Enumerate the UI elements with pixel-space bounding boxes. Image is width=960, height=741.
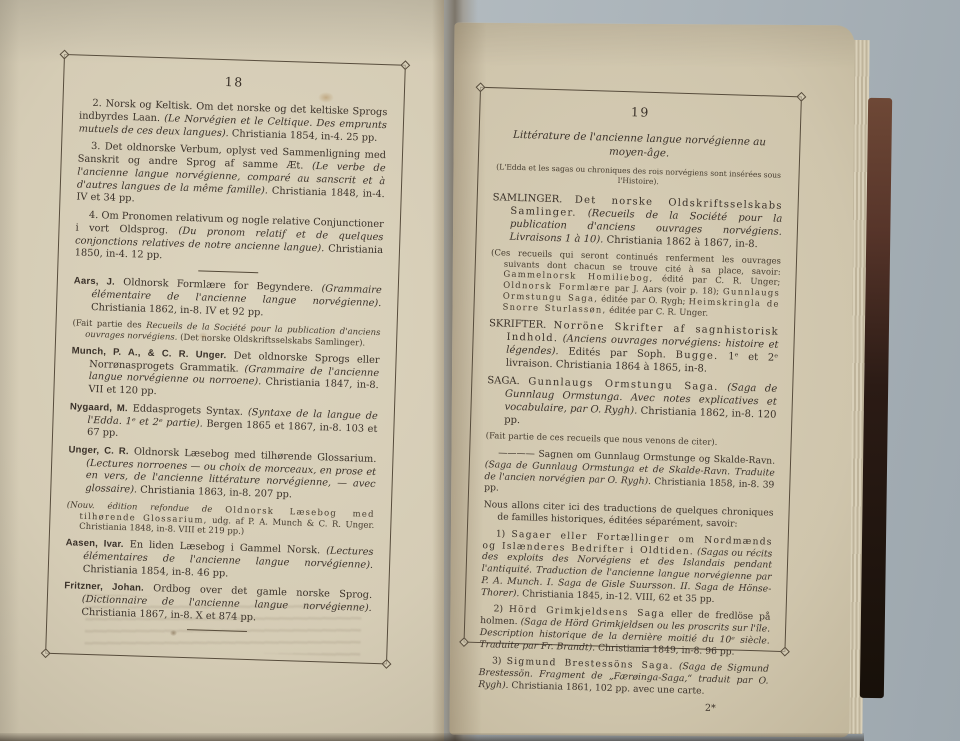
text-segment: Nygaard, M. xyxy=(70,401,128,414)
paragraph: (Ces recueils qui seront continués renfe… xyxy=(489,248,781,321)
page-paragraphs: 2. Norsk og Keltisk. Om det norske og de… xyxy=(63,98,387,636)
text-segment: Aasen, Ivar. xyxy=(65,538,123,551)
text-segment: SAMLINGER. xyxy=(493,192,575,205)
text-segment: Christiania 1854, in-4. 25 pp. xyxy=(229,128,378,144)
text-segment: (Fait partie de ces recueils que nous ve… xyxy=(486,432,718,449)
text-segment: Christiania 1854, in-8. 46 pp. xyxy=(83,564,229,580)
text-segment: 3) xyxy=(492,656,507,667)
paragraph: Munch, P. A., & C. R. Unger. Det oldnors… xyxy=(70,345,379,406)
text-segment: Nous allons citer ici des traductions de… xyxy=(483,499,773,529)
paragraph: (L'Edda et les sagas ou chroniques des r… xyxy=(493,162,783,190)
page-text-column: 18 2. Norsk og Keltisk. Om det norske og… xyxy=(63,70,388,636)
section-divider xyxy=(187,629,247,632)
paragraph: (Nouv. édition refondue de Oldnorsk Læse… xyxy=(66,500,375,542)
text-segment xyxy=(718,382,727,393)
photo-background: 18 2. Norsk og Keltisk. Om det norske og… xyxy=(0,0,960,741)
paragraph: Aasen, Ivar. En liden Læsebog i Gammel N… xyxy=(65,538,374,586)
paragraph: 2) Hörd Grimkjeldsens Saga eller de fred… xyxy=(479,603,770,659)
paragraph: ———— Sagnen om Gunnlaug Ormstunge og Ska… xyxy=(484,447,775,503)
frame-corner-ornament xyxy=(780,647,790,657)
book-left-page: 18 2. Norsk og Keltisk. Om det norske og… xyxy=(0,0,444,741)
paragraph: 2. Norsk og Keltisk. Om det norske og de… xyxy=(78,98,387,146)
book-bottom-shadow xyxy=(0,733,864,741)
paragraph: 4. Om Pronomen relativum og nogle relati… xyxy=(75,210,384,271)
paragraph: 3) Sigmund Brestessöns Saga. (Saga de Si… xyxy=(478,655,769,699)
text-segment: SKRIFTER. xyxy=(489,319,554,332)
frame-corner-ornament xyxy=(459,637,469,647)
page-number: 18 xyxy=(80,70,388,96)
text-segment: Unger, C. R. xyxy=(68,444,129,457)
book-right-page: 19 Littérature de l'ancienne langue norv… xyxy=(450,23,855,738)
text-segment: Bugge. xyxy=(675,350,718,362)
page-frame-border: 18 2. Norsk og Keltisk. Om det norske og… xyxy=(45,54,406,664)
paragraph: SAMLINGER. Det norske Oldskriftsselskabs… xyxy=(491,191,782,252)
text-segment: 1) xyxy=(496,528,512,539)
text-segment: Christiania 1862 à 1867, in-8. xyxy=(603,234,758,250)
paragraph: Fritzner, Johan. Ordbog over det gamle n… xyxy=(63,581,372,629)
text-segment: Fritzner, Johan. xyxy=(64,581,144,594)
paragraph: Nous allons citer ici des traductions de… xyxy=(483,499,774,531)
frame-corner-ornament xyxy=(400,60,410,70)
frame-corner-ornament xyxy=(796,92,806,102)
page-number: 19 xyxy=(495,100,785,125)
page-text-column: 19 Littérature de l'ancienne langue norv… xyxy=(478,100,786,716)
text-segment: Aars, J. xyxy=(74,275,115,287)
paragraph: SAGA. Gunnlaugs Ormstungu Saga. (Saga de… xyxy=(486,375,777,436)
paragraph: Littérature de l'ancienne langue norvégi… xyxy=(494,128,785,163)
text-segment: Littérature de l'ancienne langue norvégi… xyxy=(513,129,766,159)
frame-corner-ornament xyxy=(476,82,486,92)
section-divider xyxy=(198,270,258,273)
paragraph: (Fait partie des Recueils de la Société … xyxy=(72,319,381,350)
text-segment: 2) xyxy=(493,604,509,615)
page-frame-border: 19 Littérature de l'ancienne langue norv… xyxy=(464,87,802,652)
paragraph: 3. Det oldnorske Verbum, oplyst ved Samm… xyxy=(76,141,386,214)
paragraph: Nygaard, M. Eddasprogets Syntax. (Syntax… xyxy=(69,401,378,449)
frame-corner-ornament xyxy=(41,648,51,658)
paragraph: Aars, J. Oldnorsk Formlære for Begyndere… xyxy=(73,275,382,323)
paragraph: Unger, C. R. Oldnorsk Læsebog med tilhør… xyxy=(67,444,376,505)
frame-corner-ornament xyxy=(382,659,392,669)
paragraph: 1) Sagaer eller Fortællinger om Nordmænd… xyxy=(481,528,773,607)
paragraph: 2* xyxy=(478,696,768,717)
text-segment: SAGA. xyxy=(487,376,528,388)
text-segment: éditée par C. R. Unger. xyxy=(606,305,708,318)
text-segment: 2* xyxy=(705,702,716,713)
page-paragraphs: Littérature de l'ancienne langue norvégi… xyxy=(478,128,785,716)
paragraph: SKRIFTER. Norröne Skrifter af sagnhistor… xyxy=(488,318,779,379)
text-segment: (L'Edda et les sagas ou chroniques des r… xyxy=(496,162,781,186)
frame-corner-ornament xyxy=(60,50,70,60)
text-segment: (Fait partie des xyxy=(72,319,146,331)
